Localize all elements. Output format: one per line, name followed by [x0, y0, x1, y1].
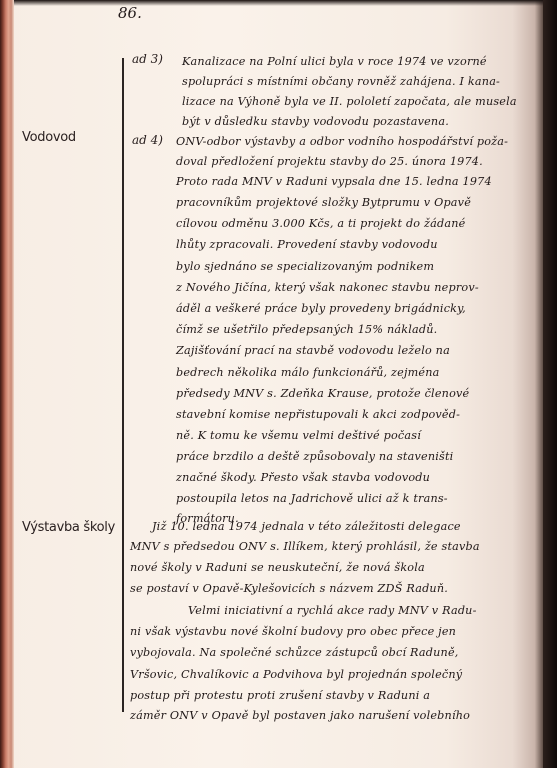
- top-shadow: [0, 0, 557, 6]
- text-line: Již 10. ledna 1974 jednala v této záleži…: [152, 520, 461, 533]
- text-line: záměr ONV v Opavě byl postaven jako naru…: [130, 709, 470, 722]
- book-spine-edge: [0, 0, 14, 768]
- text-line: postoupila letos na Jadrichově ulici až …: [176, 492, 448, 505]
- text-line: čímž se ušetřilo předepsaných 15% náklad…: [176, 323, 437, 336]
- margin-rule: [122, 58, 124, 712]
- text-line: Zajišťování prací na stavbě vodovodu lež…: [176, 344, 450, 357]
- text-line: Vršovic, Chvalíkovic a Podvihova byl pro…: [130, 668, 462, 681]
- text-line: práce brzdilo a deště způsobovaly na sta…: [176, 450, 453, 463]
- text-line: stavební komise nepřistupovali k akci zo…: [176, 408, 460, 421]
- text-line: ONV-odbor výstavby a odbor vodního hospo…: [176, 135, 508, 148]
- text-line: cílovou odměnu 3.000 Kčs, a ti projekt d…: [176, 217, 465, 230]
- margin-label-vodovod: Vodovod: [22, 130, 76, 145]
- page-edge-shadow: [543, 0, 557, 768]
- margin-label-vystavba-skoly: Výstavba školy: [22, 520, 115, 535]
- ledger-page: 86. Vodovod Výstavba školy ad 3) Kanaliz…: [0, 0, 557, 768]
- text-line: áděl a veškeré práce byly provedeny brig…: [176, 302, 466, 315]
- text-line: MNV s předsedou ONV s. Illíkem, který pr…: [130, 540, 480, 553]
- section-marker-ad3: ad 3): [132, 52, 163, 66]
- text-line: pracovníkům projektové složky Bytprumu v…: [176, 196, 471, 209]
- text-line: z Nového Jičína, který však nakonec stav…: [176, 281, 479, 294]
- text-line: Velmi iniciativní a rychlá akce rady MNV…: [188, 604, 477, 617]
- text-line: lizace na Výhoně byla ve II. pololetí za…: [182, 95, 517, 108]
- text-line: lhůty zpracovali. Provedení stavby vodov…: [176, 238, 438, 251]
- text-line: Kanalizace na Polní ulici byla v roce 19…: [182, 55, 487, 68]
- text-line: se postaví v Opavě-Kylešovicích s názvem…: [130, 582, 448, 595]
- text-line: bylo sjednáno se specializovaným podnike…: [176, 260, 434, 273]
- text-line: doval předložení projektu stavby do 25. …: [176, 155, 483, 168]
- text-line: vybojovala. Na společné schůzce zástupců…: [130, 646, 459, 659]
- text-line: značné škody. Přesto však stavba vodovod…: [176, 471, 430, 484]
- text-line: ně. K tomu ke všemu velmi deštivé počasí: [176, 429, 421, 442]
- page-number: 86.: [118, 4, 142, 22]
- text-line: Proto rada MNV v Raduni vypsala dne 15. …: [176, 175, 492, 188]
- text-line: ni však výstavbu nové školní budovy pro …: [130, 625, 456, 638]
- section-marker-ad4: ad 4): [132, 133, 163, 147]
- text-line: nové školy v Raduni se neuskuteční, že n…: [130, 561, 425, 574]
- text-line: spolupráci s místními občany rovněž zahá…: [182, 75, 500, 88]
- text-line: bedrech několika málo funkcionářů, zejmé…: [176, 366, 440, 379]
- text-line: předsedy MNV s. Zdeňka Krause, protože č…: [176, 387, 469, 400]
- text-line: být v důsledku stavby vodovodu pozastave…: [182, 115, 449, 128]
- text-line: postup při protestu proti zrušení stavby…: [130, 689, 430, 702]
